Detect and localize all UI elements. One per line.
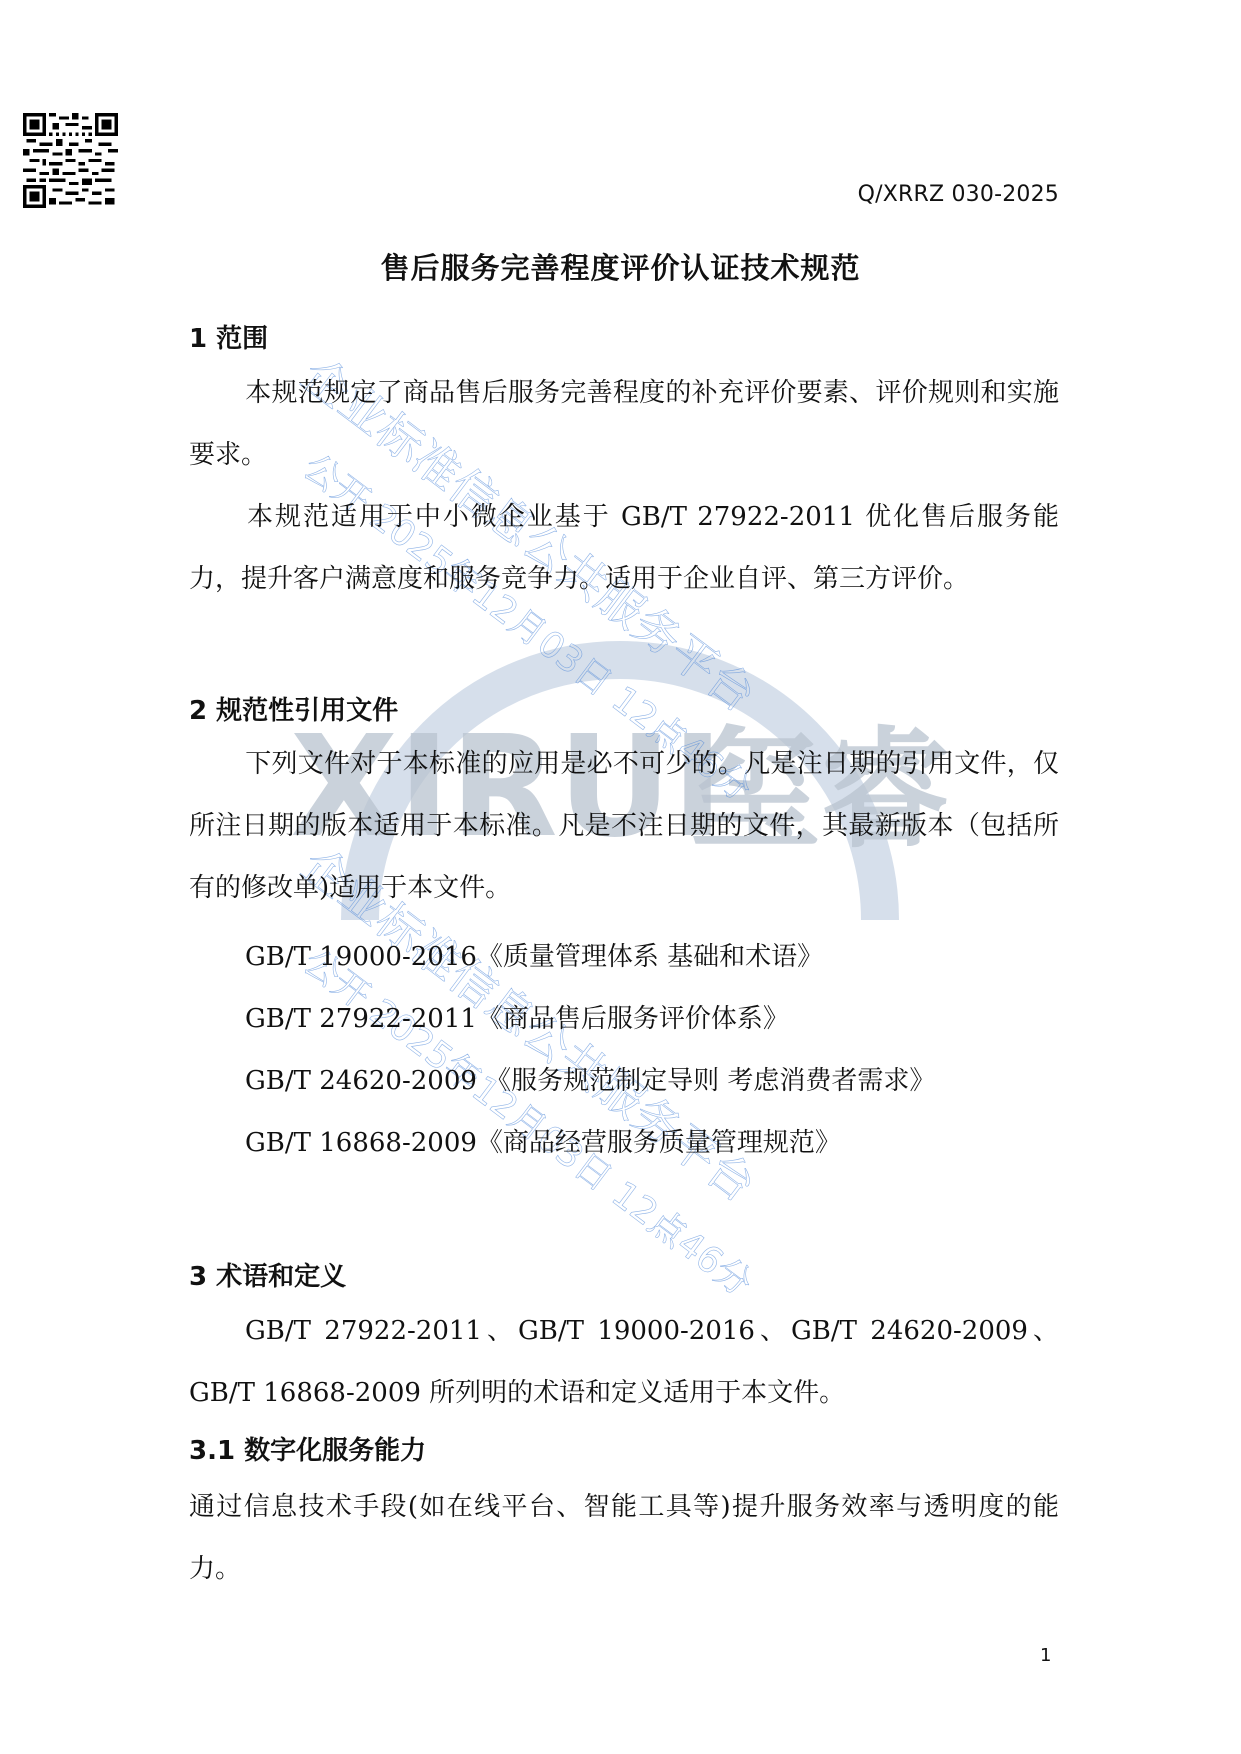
paragraph-text: 下列文件对于本标准的应用是必不可少的。凡是注日期的引用文件，仅所注日期的版本适用… (189, 749, 1059, 903)
normative-references-paragraph: 下列文件对于本标准的应用是必不可少的。凡是注日期的引用文件，仅所注日期的版本适用… (189, 733, 1059, 919)
terms-paragraph: GB/T 27922-2011、GB/T 19000-2016、GB/T 246… (189, 1300, 1059, 1424)
scope-paragraph-1: 本规范规定了商品售后服务完善程度的补充评价要素、评价规则和实施要求。 (189, 362, 1059, 486)
paragraph-text: 本规范适用于中小微企业基于 GB/T 27922-2011 优化售后服务能力，提… (189, 502, 1059, 594)
section-heading-normative-references: 2 规范性引用文件 (189, 690, 398, 727)
scope-paragraph-2: 本规范适用于中小微企业基于 GB/T 27922-2011 优化售后服务能力，提… (189, 486, 1059, 610)
digital-service-paragraph: 通过信息技术手段(如在线平台、智能工具等)提升服务效率与透明度的能力。 (189, 1476, 1059, 1600)
page-number: 1 (1040, 1645, 1051, 1666)
section-heading-scope: 1 范围 (189, 318, 268, 355)
section-heading-terms: 3 术语和定义 (189, 1256, 346, 1293)
paragraph-text: GB/T 27922-2011、GB/T 19000-2016、GB/T 246… (189, 1316, 1059, 1408)
reference-item: GB/T 27922-2011《商品售后服务评价体系》 (245, 998, 789, 1035)
subsection-heading-digital-service: 3.1 数字化服务能力 (189, 1430, 426, 1467)
reference-item: GB/T 24620-2009 《服务规范制定导则 考虑消费者需求》 (245, 1060, 935, 1097)
qr-code (23, 113, 118, 208)
reference-item: GB/T 16868-2009《商品经营服务质量管理规范》 (245, 1122, 841, 1159)
document-code: Q/XRRZ 030-2025 (858, 182, 1059, 207)
reference-item: GB/T 19000-2016《质量管理体系 基础和术语》 (245, 936, 823, 973)
paragraph-text: 本规范规定了商品售后服务完善程度的补充评价要素、评价规则和实施要求。 (189, 378, 1059, 470)
document-title: 售后服务完善程度评价认证技术规范 (0, 246, 1241, 287)
